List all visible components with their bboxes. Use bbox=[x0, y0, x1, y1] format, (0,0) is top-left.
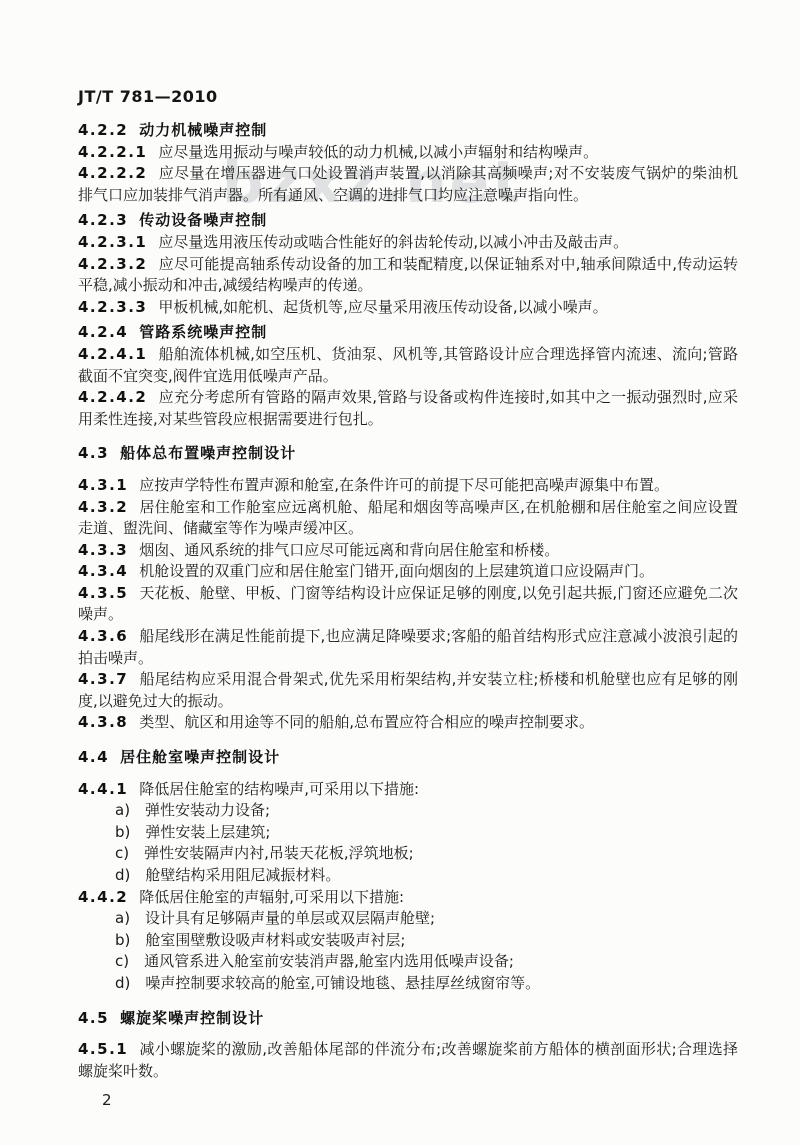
clause-4.3.2: 4.3.2居住舱室和工作舱室应远离机舱、船尾和烟囱等高噪声区,在机舱棚和居住舱室… bbox=[78, 497, 738, 540]
list-item-c: c)弹性安装隔声内衬,吊装天花板,浮筑地板; bbox=[78, 843, 738, 865]
clause-text: 应尽量在增压器进气口处设置消声装置,以消除其高频噪声;对不安装废气锅炉的柴油机排… bbox=[78, 164, 738, 204]
list-item-label: d) bbox=[115, 866, 130, 884]
document-content: JT/T 781—2010 4.2.2动力机械噪声控制4.2.2.1应尽量选用振… bbox=[78, 86, 738, 1109]
clause-text: 类型、航区和用途等不同的船舶,总布置应符合相应的噪声控制要求。 bbox=[139, 713, 594, 731]
clause-4.2.2.1: 4.2.2.1应尽量选用振动与噪声较低的动力机械,以减小声辐射和结构噪声。 bbox=[78, 142, 738, 164]
list-item-text: 设计具有足够隔声量的单层或双层隔声舱壁; bbox=[145, 909, 435, 927]
clause-text: 传动设备噪声控制 bbox=[139, 211, 267, 229]
clause-text: 减小螺旋桨的激励,改善船体尾部的伴流分布;改善螺旋桨前方船体的横剖面形状;合理选… bbox=[78, 1040, 738, 1080]
list-item-a: a)设计具有足够隔声量的单层或双层隔声舱壁; bbox=[78, 908, 738, 930]
clause-4.2.4.2: 4.2.4.2应充分考虑所有管路的隔声效果,管路与设备或构件连接时,如其中之一振… bbox=[78, 387, 738, 430]
clause-number: 4.2.3 bbox=[78, 211, 128, 229]
list-item-label: c) bbox=[115, 952, 129, 970]
clause-text: 船体总布置噪声控制设计 bbox=[120, 444, 296, 462]
clause-text: 天花板、舱壁、甲板、门窗等结构设计应保证足够的刚度,以免引起共振,门窗还应避免二… bbox=[78, 584, 738, 624]
clause-number: 4.3.2 bbox=[78, 498, 128, 516]
clause-4.3.4: 4.3.4机舱设置的双重门应和居住舱室门错开,面向烟囱的上层建筑道口应设隔声门。 bbox=[78, 561, 738, 583]
clause-text: 应尽可能提高轴系传动设备的加工和装配精度,以保证轴系对中,轴承间隙适中,传动运转… bbox=[78, 255, 738, 295]
clause-text: 降低居住舱室的声辐射,可采用以下措施: bbox=[139, 888, 404, 906]
clause-number: 4.2.4.1 bbox=[78, 345, 147, 363]
page-number: 2 bbox=[78, 1091, 738, 1109]
clause-text: 船尾结构应采用混合骨架式,优先采用桁架结构,并安装立柱;桥楼和机舱壁也应有足够的… bbox=[78, 670, 738, 710]
clause-4.3.1: 4.3.1应按声学特性布置声源和舱室,在条件许可的前提下尽可能把高噪声源集中布置… bbox=[78, 475, 738, 497]
clause-number: 4.2.4 bbox=[78, 323, 128, 341]
clause-text: 烟囱、通风系统的排气口应尽可能远离和背向居住舱室和桥楼。 bbox=[139, 541, 559, 559]
clause-4.2.3.2: 4.2.3.2应尽可能提高轴系传动设备的加工和装配精度,以保证轴系对中,轴承间隙… bbox=[78, 254, 738, 297]
clause-4.2.2.2: 4.2.2.2应尽量在增压器进气口处设置消声装置,以消除其高频噪声;对不安装废气… bbox=[78, 163, 738, 206]
clause-4.3.5: 4.3.5天花板、舱壁、甲板、门窗等结构设计应保证足够的刚度,以免引起共振,门窗… bbox=[78, 583, 738, 626]
clause-text: 居住舱室和工作舱室应远离机舱、船尾和烟囱等高噪声区,在机舱棚和居住舱室之间应设置… bbox=[78, 498, 738, 538]
clause-text: 甲板机械,如舵机、起货机等,应尽量采用液压传动设备,以减小噪声。 bbox=[158, 298, 607, 316]
clause-number: 4.3.4 bbox=[78, 562, 128, 580]
clause-number: 4.3.5 bbox=[78, 584, 128, 602]
clause-text: 应充分考虑所有管路的隔声效果,管路与设备或构件连接时,如其中之一振动强烈时,应采… bbox=[78, 388, 738, 428]
list-item-label: b) bbox=[115, 931, 130, 949]
clause-text: 居住舱室噪声控制设计 bbox=[120, 748, 280, 766]
list-item-text: 噪声控制要求较高的舱室,可铺设地毯、悬挂厚丝绒窗帘等。 bbox=[145, 974, 540, 992]
clause-number: 4.3.6 bbox=[78, 627, 128, 645]
clause-number: 4.3.1 bbox=[78, 476, 128, 494]
clause-number: 4.5.1 bbox=[78, 1040, 128, 1058]
list-item-d: d)噪声控制要求较高的舱室,可铺设地毯、悬挂厚丝绒窗帘等。 bbox=[78, 973, 738, 995]
clause-4.5: 4.5螺旋桨噪声控制设计 bbox=[78, 1008, 738, 1030]
clause-text: 螺旋桨噪声控制设计 bbox=[120, 1009, 264, 1027]
clause-number: 4.4 bbox=[78, 748, 109, 766]
list-item-label: d) bbox=[115, 974, 130, 992]
clause-4.4.2: 4.4.2降低居住舱室的声辐射,可采用以下措施: bbox=[78, 887, 738, 909]
clause-number: 4.2.3.3 bbox=[78, 298, 147, 316]
clause-4.2.2: 4.2.2动力机械噪声控制 bbox=[78, 120, 738, 142]
clause-text: 船舶流体机械,如空压机、货油泵、风机等,其管路设计应合理选择管内流速、流向;管路… bbox=[78, 345, 738, 385]
clause-text: 机舱设置的双重门应和居住舱室门错开,面向烟囱的上层建筑道口应设隔声门。 bbox=[139, 562, 654, 580]
list-item-text: 弹性安装上层建筑; bbox=[145, 823, 270, 841]
clause-4.3.6: 4.3.6船尾线形在满足性能前提下,也应满足降噪要求;客船的船首结构形式应注意减… bbox=[78, 626, 738, 669]
clause-4.3.8: 4.3.8类型、航区和用途等不同的船舶,总布置应符合相应的噪声控制要求。 bbox=[78, 712, 738, 734]
clause-text: 应尽量选用振动与噪声较低的动力机械,以减小声辐射和结构噪声。 bbox=[158, 143, 598, 161]
list-item-text: 弹性安装动力设备; bbox=[145, 801, 270, 819]
list-item-label: a) bbox=[115, 801, 130, 819]
clause-4.2.3.3: 4.2.3.3甲板机械,如舵机、起货机等,应尽量采用液压传动设备,以减小噪声。 bbox=[78, 297, 738, 319]
clause-text: 动力机械噪声控制 bbox=[139, 121, 267, 139]
list-item-text: 通风管系进入舱室前安装消声器,舱室内选用低噪声设备; bbox=[144, 952, 514, 970]
clause-number: 4.2.3.1 bbox=[78, 233, 147, 251]
clause-4.2.4: 4.2.4管路系统噪声控制 bbox=[78, 322, 738, 344]
clause-4.2.3.1: 4.2.3.1应尽量选用液压传动或啮合性能好的斜齿轮传动,以减小冲击及敲击声。 bbox=[78, 232, 738, 254]
clause-number: 4.2.3.2 bbox=[78, 255, 147, 273]
list-item-label: a) bbox=[115, 909, 130, 927]
clause-container: 4.2.2动力机械噪声控制4.2.2.1应尽量选用振动与噪声较低的动力机械,以减… bbox=[78, 120, 738, 1082]
clause-number: 4.3.3 bbox=[78, 541, 128, 559]
list-item-text: 弹性安装隔声内衬,吊装天花板,浮筑地板; bbox=[144, 844, 414, 862]
clause-4.2.3: 4.2.3传动设备噪声控制 bbox=[78, 210, 738, 232]
clause-number: 4.3.7 bbox=[78, 670, 128, 688]
list-item-text: 舱室围壁敷设吸声材料或安装吸声衬层; bbox=[145, 931, 405, 949]
list-item-b: b)弹性安装上层建筑; bbox=[78, 822, 738, 844]
list-item-a: a)弹性安装动力设备; bbox=[78, 800, 738, 822]
clause-number: 4.2.2.1 bbox=[78, 143, 147, 161]
list-item-text: 舱壁结构采用阻尼减振材料。 bbox=[145, 866, 340, 884]
list-item-d: d)舱壁结构采用阻尼减振材料。 bbox=[78, 865, 738, 887]
clause-number: 4.4.2 bbox=[78, 888, 128, 906]
list-item-label: c) bbox=[115, 844, 129, 862]
clause-text: 降低居住舱室的结构噪声,可采用以下措施: bbox=[139, 780, 419, 798]
list-item-label: b) bbox=[115, 823, 130, 841]
clause-4.5.1: 4.5.1减小螺旋桨的激励,改善船体尾部的伴流分布;改善螺旋桨前方船体的横剖面形… bbox=[78, 1039, 738, 1082]
clause-text: 管路系统噪声控制 bbox=[139, 323, 267, 341]
clause-number: 4.4.1 bbox=[78, 780, 128, 798]
clause-4.4: 4.4居住舱室噪声控制设计 bbox=[78, 747, 738, 769]
clause-number: 4.5 bbox=[78, 1009, 109, 1027]
clause-number: 4.2.2 bbox=[78, 121, 128, 139]
clause-4.3.3: 4.3.3烟囱、通风系统的排气口应尽可能远离和背向居住舱室和桥楼。 bbox=[78, 540, 738, 562]
clause-number: 4.3.8 bbox=[78, 713, 128, 731]
clause-number: 4.3 bbox=[78, 444, 109, 462]
clause-4.3.7: 4.3.7船尾结构应采用混合骨架式,优先采用桁架结构,并安装立柱;桥楼和机舱壁也… bbox=[78, 669, 738, 712]
clause-text: 应按声学特性布置声源和舱室,在条件许可的前提下尽可能把高噪声源集中布置。 bbox=[139, 476, 669, 494]
clause-number: 4.2.4.2 bbox=[78, 388, 147, 406]
list-item-c: c)通风管系进入舱室前安装消声器,舱室内选用低噪声设备; bbox=[78, 951, 738, 973]
document-page: bzxz.net JT/T 781—2010 4.2.2动力机械噪声控制4.2.… bbox=[0, 0, 800, 1145]
standard-number-header: JT/T 781—2010 bbox=[78, 86, 738, 107]
list-item-b: b)舱室围壁敷设吸声材料或安装吸声衬层; bbox=[78, 930, 738, 952]
clause-text: 应尽量选用液压传动或啮合性能好的斜齿轮传动,以减小冲击及敲击声。 bbox=[158, 233, 628, 251]
clause-number: 4.2.2.2 bbox=[78, 164, 147, 182]
clause-4.2.4.1: 4.2.4.1船舶流体机械,如空压机、货油泵、风机等,其管路设计应合理选择管内流… bbox=[78, 344, 738, 387]
clause-4.3: 4.3船体总布置噪声控制设计 bbox=[78, 443, 738, 465]
clause-4.4.1: 4.4.1降低居住舱室的结构噪声,可采用以下措施: bbox=[78, 779, 738, 801]
clause-text: 船尾线形在满足性能前提下,也应满足降噪要求;客船的船首结构形式应注意减小波浪引起… bbox=[78, 627, 738, 667]
